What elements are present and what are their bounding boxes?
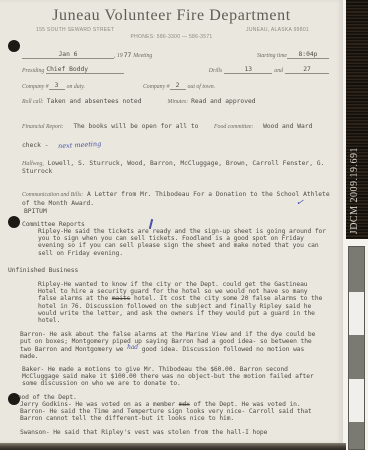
food-committee-label: Food committee:: [214, 124, 253, 130]
on-duty-label: on duty.: [67, 84, 85, 90]
calibration-segment-gray: [349, 335, 364, 379]
meeting-form: Jan 6 , 19 77 Meeting Starting time 8:04…: [0, 51, 343, 215]
roll-call-label: Roll call:: [22, 99, 44, 105]
address-row: 155 SOUTH SEWARD STREET JUNEAU, ALASKA 9…: [0, 25, 343, 33]
punch-hole-bottom: [8, 393, 20, 405]
punch-hole-middle: [8, 216, 20, 228]
year-printed: , 19: [114, 53, 123, 59]
barron-paragraph: Barron- He ask about the false alarms at…: [20, 331, 324, 360]
communication-label: Communication and Bills:: [22, 192, 83, 198]
and-label: and: [274, 68, 283, 74]
calibration-segment-gray: [349, 422, 364, 449]
catalog-number: JDCM 2009.19.691: [349, 147, 360, 234]
organization-title: Juneau Volunteer Fire Department: [0, 7, 343, 25]
company2-label: Company #: [143, 84, 170, 90]
financial-label: Financial Report:: [22, 124, 64, 130]
roll-call-field: Taken and absentees noted: [47, 98, 142, 105]
presiding-label: Presiding: [22, 68, 44, 74]
company1-field: 3: [49, 82, 65, 90]
godkins-struck-word: mdx: [179, 401, 190, 408]
attendance-names: Lowell, S. Sturruck, Wood, Barron, McClu…: [22, 160, 324, 175]
scan-edge: [0, 443, 346, 450]
minutes-field: Read and approved: [191, 98, 255, 105]
letterhead: Juneau Volunteer Fire Department 155 SOU…: [0, 0, 343, 40]
starting-time-label: Starting time: [257, 53, 287, 59]
drills-field-1: 13: [224, 66, 272, 74]
unfinished-business-heading: Unfinished Business: [8, 267, 343, 274]
minutes-label: Minutes:: [168, 99, 189, 105]
good-of-dept-heading: Good of the Dept.: [14, 394, 343, 401]
street-address: 155 SOUTH SEWARD STREET: [36, 27, 114, 33]
archive-strip: JDCM 2009.19.691: [346, 0, 368, 239]
committee-reports-heading: Committee Reports: [22, 221, 343, 228]
ripley-struck-word: maits: [112, 295, 130, 302]
ripley-paragraph: Ripley-He wanted to know if the city or …: [38, 281, 328, 324]
godkins-text-2: of the Dept. He was voted in.: [194, 401, 301, 408]
rollcall-row: Roll call: Taken and absentees noted Min…: [22, 98, 329, 105]
punch-hole-top: [8, 40, 20, 52]
date-field: Jan 6: [22, 51, 114, 59]
communication-extra: BPITUM: [24, 208, 329, 215]
godkins-text-1: Jerry Godkins- He was voted on as a memb…: [20, 401, 175, 408]
calibration-segment-white: [349, 379, 364, 422]
calibration-segment-gray: [349, 247, 364, 292]
godkins-paragraph: Jerry Godkins- He was voted on as a memb…: [20, 401, 322, 408]
company2-field: 2: [170, 82, 186, 90]
handwritten-next-meeting: next meeting: [58, 140, 102, 150]
company-row: Company # 3 on duty. Company # 2 out of …: [22, 82, 329, 90]
calibration-bar: [348, 246, 365, 450]
presiding-field: Chief Boddy: [46, 66, 124, 74]
city-address: JUNEAU, ALASKA 99801: [246, 27, 309, 33]
out-of-town-label: out of town.: [188, 84, 216, 90]
communication-block: Communication and Bills: A Letter from M…: [22, 191, 338, 206]
food-committee-field: Wood and Ward: [263, 123, 312, 130]
starting-time-field: 8:04p: [287, 51, 329, 59]
phones-line: PHONES: 586-3300 — 586-3571: [0, 34, 343, 40]
handwritten-insert-had: had: [127, 344, 138, 351]
meeting-label: Meeting: [133, 53, 152, 59]
company1-label: Company #: [22, 84, 49, 90]
attendance-list: Hallweg, Lowell, S. Sturruck, Wood, Barr…: [22, 160, 344, 175]
barron-sign-paragraph: Barron- He said the Time and Temperture …: [20, 408, 322, 422]
date-row: Jan 6 , 19 77 Meeting Starting time 8:04…: [22, 51, 329, 59]
paper: Juneau Volunteer Fire Department 155 SOU…: [0, 0, 343, 443]
committee-paragraph: Ripley-He said the tickets are ready and…: [38, 228, 330, 257]
drills-label: Drills: [209, 68, 223, 74]
minutes-body: Committee Reports Ripley-He said the tic…: [0, 221, 343, 437]
presiding-row: Presiding Chief Boddy Drills 13 and 27: [22, 66, 329, 74]
drills-field-2: 27: [285, 66, 329, 74]
year-field: 77: [124, 52, 132, 59]
scanned-document: Juneau Volunteer Fire Department 155 SOU…: [0, 0, 368, 450]
baker-paragraph: Baker- He made a motions to give Mr. Thi…: [22, 366, 326, 388]
swanson-paragraph: Swanson- He said that Ripley's vest was …: [20, 429, 322, 436]
attendance-label: Hallweg,: [22, 161, 44, 167]
financial-row: Financial Report: The books will be open…: [22, 113, 329, 151]
calibration-segment-white: [349, 292, 364, 335]
